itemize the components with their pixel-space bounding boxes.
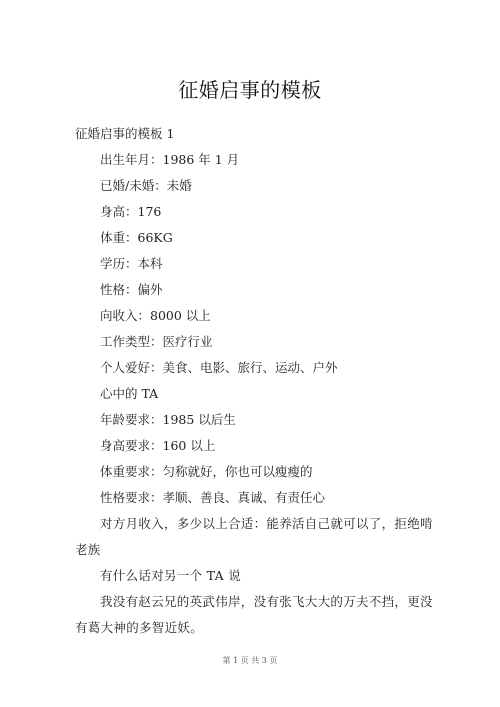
paragraph-income-requirement: 对方月收入，多少以上合适：能养活自己就可以了，拒绝啃老族	[75, 511, 435, 563]
paragraph-message: 我没有赵云兄的英武伟岸，没有张飞大大的万夫不挡，更没有葛大神的多智近妖。	[75, 589, 435, 641]
document-page: 征婚启事的模板 征婚启事的模板 1 出生年月：1986 年 1 月 已婚/未婚：…	[0, 0, 500, 707]
page-number-footer: 第 1 页 共 3 页	[0, 655, 500, 667]
field-personality: 性格：偏外	[100, 281, 163, 299]
paragraph-message-heading: 有什么话对另一个 TA 说	[75, 563, 435, 589]
field-weight: 体重：66KG	[100, 229, 173, 247]
section-heading: 征婚启事的模板 1	[75, 125, 174, 143]
field-income: 向收入：8000 以上	[100, 307, 211, 325]
field-weight-requirement: 体重要求：匀称就好，你也可以瘦瘦的	[100, 463, 313, 481]
field-marital-status: 已婚/未婚：未婚	[100, 177, 192, 195]
field-personality-requirement: 性格要求：孝顺、善良、真诚、有责任心	[100, 489, 325, 507]
document-title: 征婚启事的模板	[0, 76, 500, 104]
field-height-requirement: 身高要求：160 以上	[100, 437, 215, 455]
subheading-ideal-partner: 心中的 TA	[100, 385, 158, 403]
field-job-type: 工作类型：医疗行业	[100, 333, 213, 351]
field-age-requirement: 年龄要求：1985 以后生	[100, 411, 236, 429]
field-education: 学历：本科	[100, 255, 163, 273]
field-height: 身高：176	[100, 203, 161, 221]
field-birth-date: 出生年月：1986 年 1 月	[100, 151, 239, 169]
field-hobbies: 个人爱好：美食、电影、旅行、运动、户外	[100, 359, 338, 377]
